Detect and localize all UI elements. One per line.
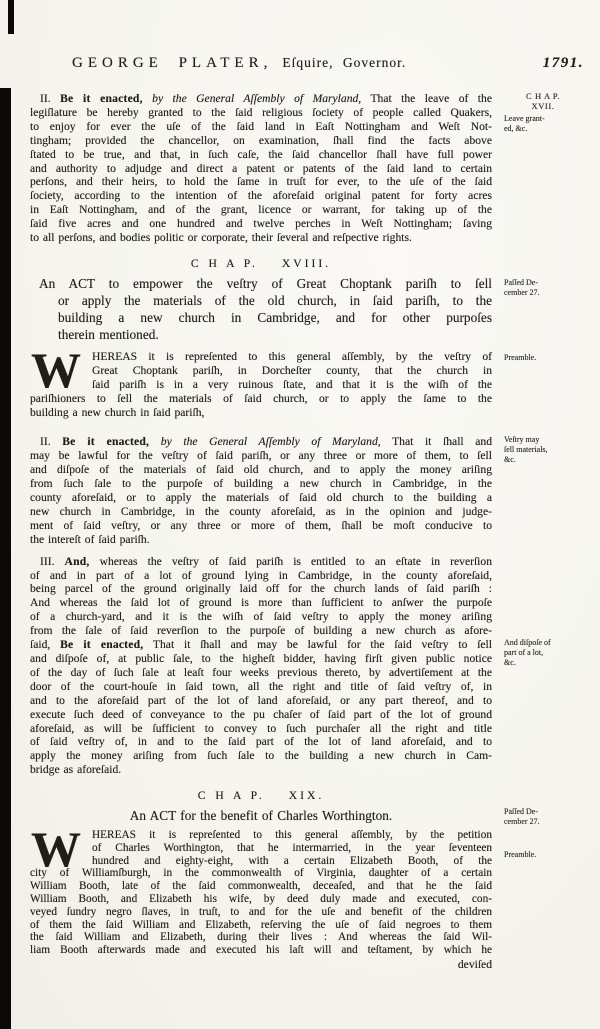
blackletter-phrase: Be it enacted, <box>62 435 149 448</box>
text-line: of Charles Worthington, that he intermar… <box>30 842 492 855</box>
text-column: II. Be it enacted, by the General Aſſemb… <box>30 92 492 245</box>
text-line: Great Choptank pariſh, in Dorcheſter cou… <box>30 364 492 378</box>
text-line: being parcel of the ground originally la… <box>30 582 492 596</box>
text-line: and authority to adjudge and direct a pa… <box>30 162 492 176</box>
text-line: of them the ſaid William and Elizabeth, … <box>30 919 492 932</box>
margin-note-line: ed, &c. <box>504 124 592 134</box>
text-line: perſons, and their heirs, to hold the ſa… <box>30 175 492 189</box>
heading-text: XIX. <box>289 789 325 802</box>
text-column: II. Be it enacted, by the General Aſſemb… <box>30 435 492 546</box>
text-line: city of Williamſburgh, in the commonweal… <box>30 867 492 880</box>
italic-phrase: by the General Aſſembly of Maryland, <box>161 435 381 448</box>
text-line: door of the court-houſe in ſaid town, al… <box>30 680 492 694</box>
text-column: HEREAS it is repreſented to this general… <box>30 350 492 420</box>
chap-18-heading: C H A P.XVIII. <box>30 257 592 271</box>
plain-phrase <box>143 92 152 105</box>
heading-text: C H A P. <box>198 789 265 802</box>
text-line: bridge as aforeſaid. <box>30 763 492 777</box>
margin-note-line: part of a lot, <box>504 648 592 658</box>
year-label: 1791. <box>543 55 584 72</box>
margin-note-line: ſell materials, <box>504 445 592 455</box>
margin-note-line: &c. <box>504 455 592 465</box>
text-line: the ſaid William and Elizabeth, during t… <box>30 931 492 944</box>
text-line: of the day of ſuch ſale at leaſt four we… <box>30 666 492 680</box>
text-column: An ACT to empower the veſtry of Great Ch… <box>30 275 492 343</box>
scan-edge-artifact-top <box>8 0 14 34</box>
chapter-heading-line: C H A P.XVIII. <box>30 257 492 271</box>
text-line: William Booth, late of the ſaid commonwe… <box>30 880 492 893</box>
chapter-heading-line: C H A P.XIX. <box>30 789 492 803</box>
chap-18-section-3: III. And, whereas the veſtry of ſaid par… <box>30 555 592 778</box>
chap-18-section-2: II. Be it enacted, by the General Aſſemb… <box>30 435 592 546</box>
plain-phrase: II. <box>40 435 62 448</box>
text-line: pariſhioners to ſell the materials of ſa… <box>30 392 492 406</box>
text-line: HEREAS it is repreſented to this general… <box>30 350 492 364</box>
scan-edge-artifact <box>0 88 11 1029</box>
text-line: III. And, whereas the veſtry of ſaid par… <box>30 555 492 569</box>
text-line: hundred and eighty-eight, with a certain… <box>30 855 492 868</box>
text-line: ſtated to be true, and that, in ſuch caſ… <box>30 148 492 162</box>
chap-17-section-2: II. Be it enacted, by the General Aſſemb… <box>30 92 592 245</box>
text-line: may be lawful for the veſtry of ſaid par… <box>30 449 492 463</box>
margin-note-line: Paſſed De- <box>504 278 592 288</box>
text-line: in Eaſt Nottingham, and of the grant, li… <box>30 203 492 217</box>
chap-19-preamble: WHEREAS it is repreſented to this genera… <box>30 829 592 957</box>
text-line: from the ſale of ſaid reverſion to the p… <box>30 624 492 638</box>
margin-note-line: Veſtry may <box>504 435 592 445</box>
text-line: from ſuch ſale to the purpoſe of buildin… <box>30 477 492 491</box>
margin-note: Veſtry mayſell materials,&c. <box>504 435 592 464</box>
heading-text: C H A P. <box>191 257 258 270</box>
text-column: deviſed <box>30 958 492 972</box>
text-line: ſaid five acres and one hundred and twel… <box>30 217 492 231</box>
margin-note-line: &c. <box>504 658 592 668</box>
text-line: ſociety, according to the intention of t… <box>30 189 492 203</box>
text-line: veyed ſundry negro ſlaves, in truſt, to … <box>30 906 492 919</box>
text-line: and to the aforeſaid part of the lot of … <box>30 694 492 708</box>
text-column: III. And, whereas the veſtry of ſaid par… <box>30 555 492 778</box>
blackletter-phrase: Be it enacted, <box>60 638 143 651</box>
margin-note: C H A P.XVII. <box>514 92 572 112</box>
text-line: of a church-yard, and it is the wiſh of … <box>30 610 492 624</box>
plain-phrase: whereas the veſtry of ſaid pariſh is ent… <box>90 555 492 568</box>
text-column: C H A P.XIX. <box>30 789 492 803</box>
plain-phrase: That it ſhall and may be lawful for the … <box>143 638 492 651</box>
text-line: An ACT for the benefit of Charles Worthi… <box>30 807 492 824</box>
scanned-page: GEORGE PLATER, Eſquire, Governor. 1791. … <box>0 0 600 1029</box>
text-column: HEREAS it is repreſented to this general… <box>30 829 492 957</box>
text-line: execute ſuch deed of conveyance to the p… <box>30 708 492 722</box>
text-line: the intereſt of ſaid pariſh. <box>30 533 492 547</box>
governor-title: Eſquire, Governor. <box>282 55 406 71</box>
text-line: HEREAS it is repreſented to this general… <box>30 829 492 842</box>
governor-name: GEORGE PLATER, <box>72 55 272 72</box>
plain-phrase <box>149 435 161 448</box>
text-line: tingham; provided the chancellor, on exa… <box>30 134 492 148</box>
text-line: county aforeſaid, or to apply the materi… <box>30 491 492 505</box>
margin-note-line: And diſpoſe of <box>504 638 592 648</box>
blackletter-phrase: Be it enacted, <box>60 92 143 105</box>
blackletter-phrase: And, <box>65 555 90 568</box>
catchword: deviſed <box>30 958 592 972</box>
text-column: C H A P.XVIII. <box>30 257 492 271</box>
text-line: ment of ſaid veſtry, or any three or mor… <box>30 519 492 533</box>
text-line: or apply the materials of the old church… <box>30 292 492 309</box>
margin-note: Paſſed De-cember 27. <box>504 807 592 827</box>
text-line: therein mentioned. <box>30 326 492 343</box>
text-line: aforeſaid, as will be ſufficient to conv… <box>30 722 492 736</box>
margin-note: Preamble. <box>504 353 592 363</box>
margin-note-line: cember 27. <box>504 288 592 298</box>
margin-note-line: Leave grant- <box>504 114 592 124</box>
plain-phrase: II. <box>40 92 60 105</box>
chap-19-act-title: An ACT for the benefit of Charles Worthi… <box>30 807 592 824</box>
plain-phrase: ſaid, <box>30 638 60 651</box>
text-line: of and in part of a lot of ground lying … <box>30 569 492 583</box>
document-body: II. Be it enacted, by the General Aſſemb… <box>30 92 592 972</box>
margin-note: Leave grant-ed, &c. <box>504 114 592 134</box>
text-line: of ſaid veſtry of, in and to the ſaid pa… <box>30 735 492 749</box>
drop-cap: W <box>31 349 81 391</box>
plain-phrase: That it ſhall and <box>381 435 492 448</box>
text-line: ſaid, Be it enacted, That it ſhall and m… <box>30 638 492 652</box>
italic-phrase: by the General Aſſembly of Maryland, <box>152 92 361 105</box>
margin-note-line: XVII. <box>514 102 572 112</box>
chap-19-heading: C H A P.XIX. <box>30 789 592 803</box>
text-line: ſaid pariſh is in a very ruinous ſtate, … <box>30 378 492 392</box>
margin-note-line: cember 27. <box>504 817 592 827</box>
plain-phrase: III. <box>40 555 65 568</box>
text-line: building a new church in ſaid pariſh, <box>30 406 492 420</box>
text-line: liam Booth afterwards made and executed … <box>30 944 492 957</box>
drop-cap: W <box>31 828 81 870</box>
margin-note-line: Paſſed De- <box>504 807 592 817</box>
text-line: II. Be it enacted, by the General Aſſemb… <box>30 435 492 449</box>
margin-note-line: Preamble. <box>504 353 592 363</box>
text-line: II. Be it enacted, by the General Aſſemb… <box>30 92 492 106</box>
text-line: and diſpoſe of, at public ſale, to the h… <box>30 652 492 666</box>
margin-note: Paſſed De-cember 27. <box>504 278 592 298</box>
text-line: new church in Cambridge, in the county a… <box>30 505 492 519</box>
chap-18-preamble: WHEREAS it is repreſented to this genera… <box>30 350 592 420</box>
running-header: GEORGE PLATER, Eſquire, Governor. 1791. <box>32 55 590 72</box>
text-line: apply the money ariſing from ſuch ſale t… <box>30 749 492 763</box>
text-line: William Booth, and Elizabeth his wife, b… <box>30 893 492 906</box>
text-line: deviſed <box>30 958 492 972</box>
text-line: and diſpoſe of the materials of ſaid old… <box>30 463 492 477</box>
text-line: And whereas the ſaid lot of ground is mo… <box>30 596 492 610</box>
chap-18-act-title: An ACT to empower the veſtry of Great Ch… <box>30 275 592 343</box>
text-line: An ACT to empower the veſtry of Great Ch… <box>30 275 492 292</box>
heading-text: XVIII. <box>282 257 331 270</box>
text-column: An ACT for the benefit of Charles Worthi… <box>30 807 492 824</box>
plain-phrase: That the leave of the <box>361 92 492 105</box>
text-line: legiſlature be hereby granted to the ſai… <box>30 106 492 120</box>
margin-note-line: Preamble. <box>504 850 592 860</box>
margin-note: And diſpoſe ofpart of a lot,&c. <box>504 638 592 667</box>
text-line: building a new church in Cambridge, and … <box>30 309 492 326</box>
text-line: to all perſons, and bodies politic or co… <box>30 231 492 245</box>
margin-note: Preamble. <box>504 850 592 860</box>
text-line: to enjoy for ever the uſe of the ſaid la… <box>30 120 492 134</box>
